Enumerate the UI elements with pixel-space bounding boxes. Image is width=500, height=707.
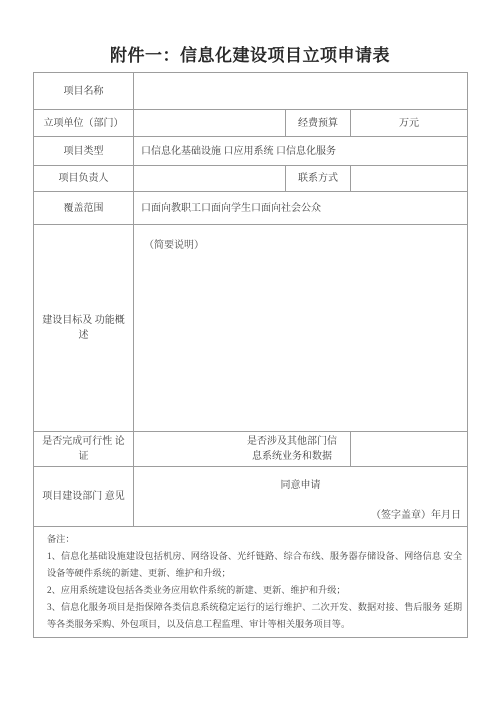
remarks-heading: 备注： [47,531,462,548]
document-page: 附件一：信息化建设项目立项申请表 项目名称 立项单位（部门） 经费预算 万元 项… [0,0,500,707]
project-name-label: 项目名称 [34,73,134,110]
feasibility-label: 是否完成可行性 论证 [34,432,134,467]
coverage-label: 覆盖范围 [34,192,134,225]
budget-unit-text: 万元 [351,110,468,137]
row-coverage: 覆盖范围 口面向教职工口面向学生口面向社会公众 [34,192,468,225]
opinion-field[interactable]: 同意申请 （签字盖章）年月日 [134,467,468,527]
goals-label: 建设目标及 功能概述 [34,225,134,432]
project-type-options: 口信息化基础设施 口应用系统 口信息化服务 [134,137,468,166]
row-dept-opinion: 项目建设部门 意见 同意申请 （签字盖章）年月日 [34,467,468,527]
application-form-table: 项目名称 立项单位（部门） 经费预算 万元 项目类型 口信息化基础设施 口应用系… [33,72,468,638]
remark-item-1: 1、信息化基础设施建设包括机房、网络设备、光纤链路、综合布线、服务器存储设备、网… [47,548,462,582]
approval-text: 同意申请 [134,478,467,493]
signature-seal-date-text: （签字盖章）年月日 [134,508,467,523]
remark-item-3: 3、信息化服务项目是指保障各类信息系统稳定运行的运行维护、二次开发、数据对接、售… [47,599,462,633]
leader-label: 项目负责人 [34,166,134,192]
feasibility-field[interactable]: 是否涉及其他部门信息系统业务和数据 [134,432,351,467]
project-name-field[interactable] [134,73,468,110]
contact-label: 联系方式 [286,166,351,192]
unit-field[interactable] [134,110,286,137]
row-project-type: 项目类型 口信息化基础设施 口应用系统 口信息化服务 [34,137,468,166]
row-leader-contact: 项目负责人 联系方式 [34,166,468,192]
remark-item-2: 2、应用系统建设包括各类业务应用软件系统的新建、更新、维护和升级； [47,582,462,599]
unit-label: 立项单位（部门） [34,110,134,137]
remarks-section: 备注： 1、信息化基础设施建设包括机房、网络设备、光纤链路、综合布线、服务器存储… [34,527,468,638]
brief-note: （简要说明） [134,225,467,253]
row-project-name: 项目名称 [34,73,468,110]
contact-field[interactable] [351,166,468,192]
row-goals: 建设目标及 功能概述 （简要说明） [34,225,468,432]
coverage-options: 口面向教职工口面向学生口面向社会公众 [134,192,468,225]
other-dept-label: 是否涉及其他部门信息系统业务和数据 [243,434,341,465]
leader-field[interactable] [134,166,286,192]
opinion-label: 项目建设部门 意见 [34,467,134,527]
goals-field[interactable]: （简要说明） [134,225,468,432]
row-remarks: 备注： 1、信息化基础设施建设包括机房、网络设备、光纤链路、综合布线、服务器存储… [34,527,468,638]
other-dept-field[interactable] [351,432,468,467]
budget-label: 经费预算 [286,110,351,137]
row-unit-budget: 立项单位（部门） 经费预算 万元 [34,110,468,137]
page-title: 附件一：信息化建设项目立项申请表 [0,41,500,66]
row-feasibility: 是否完成可行性 论证 是否涉及其他部门信息系统业务和数据 [34,432,468,467]
project-type-label: 项目类型 [34,137,134,166]
